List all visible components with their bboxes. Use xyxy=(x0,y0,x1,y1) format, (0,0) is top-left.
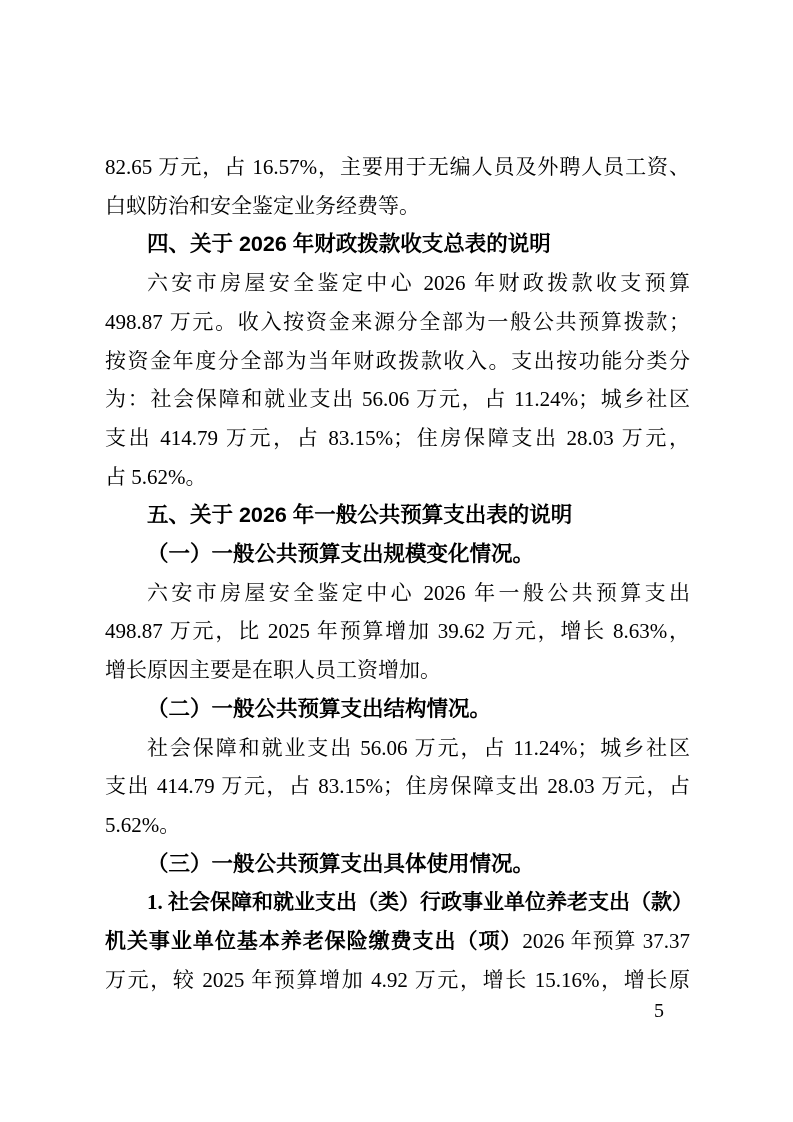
text-line: 社会保障和就业支出 56.06 万元，占 11.24%；城乡社区 xyxy=(105,729,690,768)
text-run: 为：社会保障和就业支出 56.06 万元，占 11.24%；城乡社区 xyxy=(105,387,690,411)
text-line: 四、关于 2026 年财政拨款收支总表的说明 xyxy=(105,225,690,264)
text-line: （一）一般公共预算支出规模变化情况。 xyxy=(105,535,690,574)
text-run: （二）一般公共预算支出结构情况。 xyxy=(147,697,491,721)
text-run: （一）一般公共预算支出规模变化情况。 xyxy=(147,542,534,566)
text-run: 498.87 万元，比 2025 年预算增加 39.62 万元，增长 8.63%… xyxy=(105,619,690,643)
text-run: 5.62%。 xyxy=(105,813,180,837)
text-line: 六安市房屋安全鉴定中心 2026 年财政拨款收支预算 xyxy=(105,264,690,303)
text-line: 六安市房屋安全鉴定中心 2026 年一般公共预算支出 xyxy=(105,574,690,613)
text-line: 为：社会保障和就业支出 56.06 万元，占 11.24%；城乡社区 xyxy=(105,380,690,419)
text-run: 82.65 万元，占 16.57%，主要用于无编人员及外聘人员工资、 xyxy=(105,155,690,179)
document-page: 82.65 万元，占 16.57%，主要用于无编人员及外聘人员工资、白蚁防治和安… xyxy=(0,0,793,1122)
text-run: 社会保障和就业支出 56.06 万元，占 11.24%；城乡社区 xyxy=(147,736,690,760)
text-line: 82.65 万元，占 16.57%，主要用于无编人员及外聘人员工资、 xyxy=(105,148,690,187)
text-run: 六安市房屋安全鉴定中心 2026 年一般公共预算支出 xyxy=(147,581,690,605)
text-run: 占 5.62%。 xyxy=(105,465,207,489)
text-line: 万元，较 2025 年预算增加 4.92 万元，增长 15.16%，增长原 xyxy=(105,961,690,1000)
text-run: 四、关于 2026 年财政拨款收支总表的说明 xyxy=(147,232,551,256)
text-line: 1. 社会保障和就业支出（类）行政事业单位养老支出（款） xyxy=(105,883,690,922)
text-line: 支出 414.79 万元，占 83.15%；住房保障支出 28.03 万元，占 xyxy=(105,767,690,806)
text-line: 5.62%。 xyxy=(105,806,690,845)
text-line: 五、关于 2026 年一般公共预算支出表的说明 xyxy=(105,496,690,535)
document-content: 82.65 万元，占 16.57%，主要用于无编人员及外聘人员工资、白蚁防治和安… xyxy=(105,148,690,999)
text-run: 1. 社会保障和就业支出（类）行政事业单位养老支出（款） xyxy=(147,890,690,914)
text-run: 五、关于 2026 年一般公共预算支出表的说明 xyxy=(147,503,572,527)
text-line: 支出 414.79 万元，占 83.15%；住房保障支出 28.03 万元， xyxy=(105,419,690,458)
text-run: 万元，较 2025 年预算增加 4.92 万元，增长 15.16%，增长原 xyxy=(105,968,690,992)
text-line: （三）一般公共预算支出具体使用情况。 xyxy=(105,845,690,884)
text-run: （三）一般公共预算支出具体使用情况。 xyxy=(147,852,534,876)
text-run: 498.87 万元。收入按资金来源分全部为一般公共预算拨款； xyxy=(105,310,690,334)
text-run: 按资金年度分全部为当年财政拨款收入。支出按功能分类分 xyxy=(105,349,690,373)
text-line: 增长原因主要是在职人员工资增加。 xyxy=(105,651,690,690)
text-run: 白蚁防治和安全鉴定业务经费等。 xyxy=(105,194,420,218)
text-line: 机关事业单位基本养老保险缴费支出（项）2026 年预算 37.37 xyxy=(105,922,690,961)
text-run: 支出 414.79 万元，占 83.15%；住房保障支出 28.03 万元， xyxy=(105,426,690,450)
text-line: 498.87 万元，比 2025 年预算增加 39.62 万元，增长 8.63%… xyxy=(105,612,690,651)
text-line: （二）一般公共预算支出结构情况。 xyxy=(105,690,690,729)
text-run: 增长原因主要是在职人员工资增加。 xyxy=(105,658,441,682)
text-run: 2026 年预算 37.37 xyxy=(522,929,690,953)
text-line: 白蚁防治和安全鉴定业务经费等。 xyxy=(105,187,690,226)
text-line: 498.87 万元。收入按资金来源分全部为一般公共预算拨款； xyxy=(105,303,690,342)
text-run: 机关事业单位基本养老保险缴费支出（项） xyxy=(105,929,522,953)
text-line: 占 5.62%。 xyxy=(105,458,690,497)
page-number: 5 xyxy=(643,996,675,1026)
text-line: 按资金年度分全部为当年财政拨款收入。支出按功能分类分 xyxy=(105,342,690,381)
text-run: 六安市房屋安全鉴定中心 2026 年财政拨款收支预算 xyxy=(147,271,690,295)
text-run: 支出 414.79 万元，占 83.15%；住房保障支出 28.03 万元，占 xyxy=(105,774,690,798)
